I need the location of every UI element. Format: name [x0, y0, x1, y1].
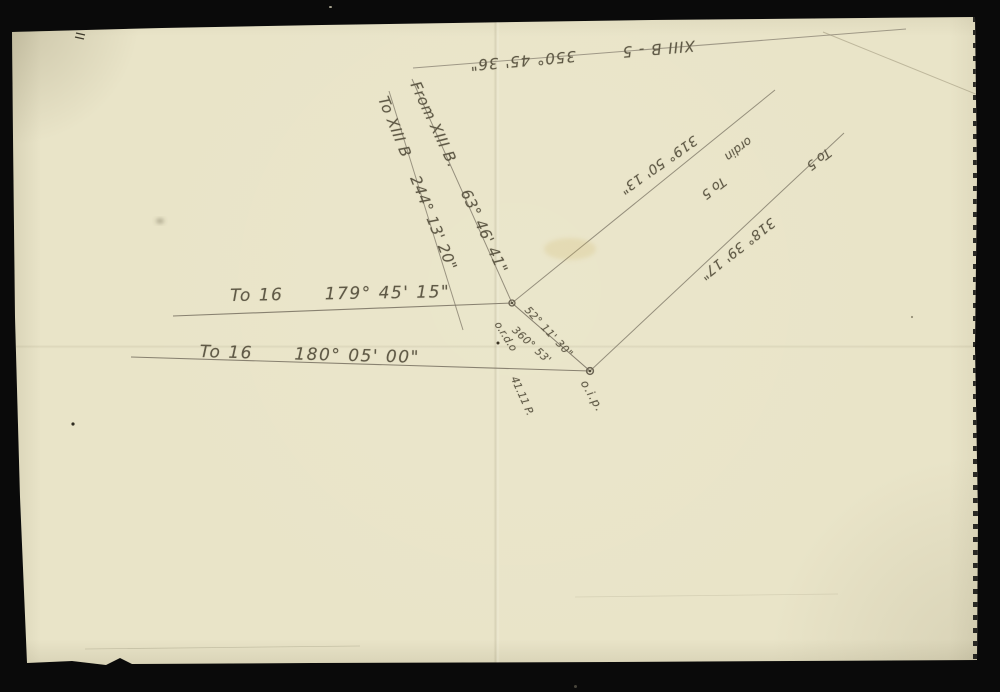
station-point-upper-dot	[511, 302, 513, 304]
paper-speck	[497, 342, 500, 345]
fold-crease	[823, 32, 978, 95]
paper-stain	[544, 238, 596, 260]
station-point-lower-dot	[589, 370, 592, 373]
line-to-5-upper	[512, 90, 775, 303]
ghost-line	[575, 594, 838, 597]
background-speck	[574, 685, 577, 688]
bearing-label-to-16-upper: To 16 179° 45' 15"	[230, 283, 450, 306]
survey-sketch-paper: XIII B - 5 350° 45' 36" From XIII B. 63°…	[12, 17, 978, 665]
paper-speck	[911, 316, 913, 318]
background-speck	[329, 6, 332, 8]
scan-background: { "colors": { "background": "#0a0a0a", "…	[0, 0, 1000, 692]
paper-speck	[71, 422, 74, 425]
perforated-edge	[973, 17, 978, 665]
line-to-16-upper	[173, 303, 512, 316]
pencil-mark	[75, 33, 85, 39]
scanned-document-stage: XIII B - 5 350° 45' 36" From XIII B. 63°…	[0, 0, 1000, 692]
ghost-line	[85, 646, 360, 649]
paper-smudge	[156, 219, 164, 224]
pencil-drawing-lines	[12, 17, 978, 665]
